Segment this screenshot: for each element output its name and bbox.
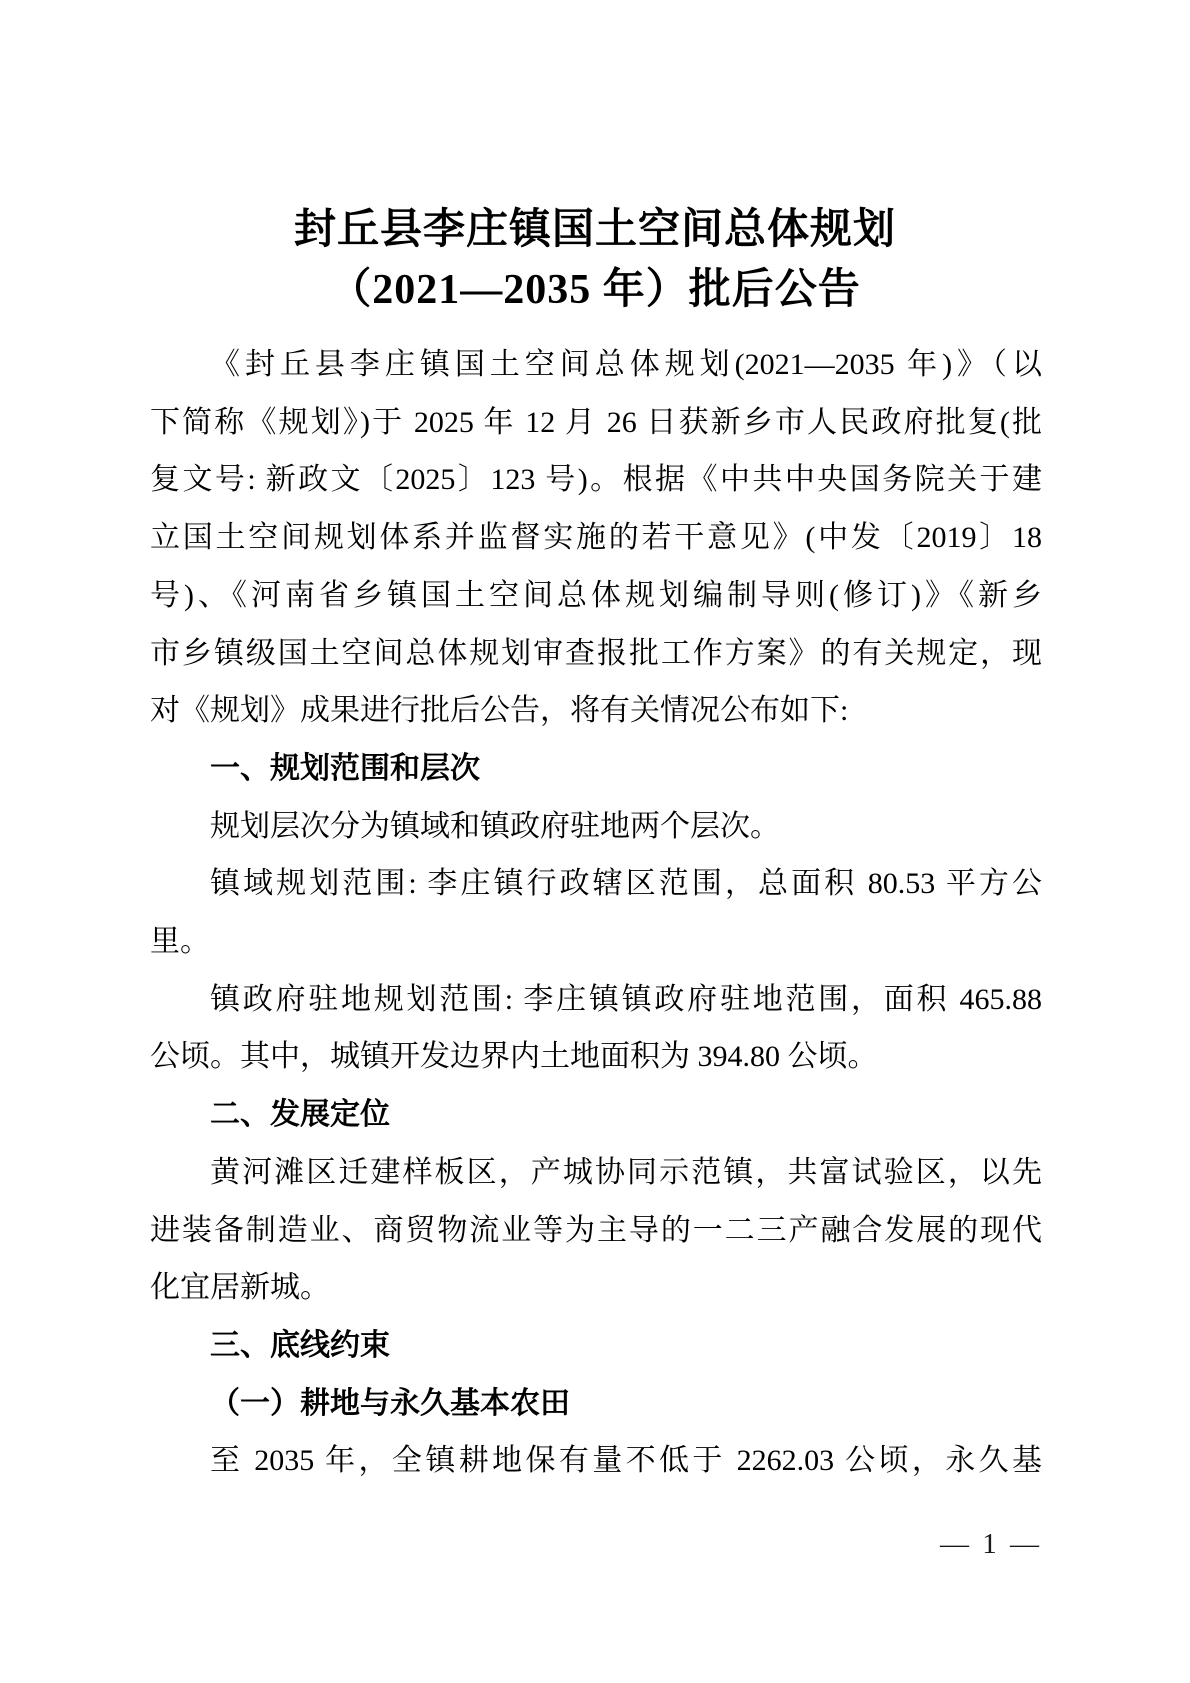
doc-line: 公顷。其中，城镇开发边界内土地面积为 394.80 公顷。 — [150, 1028, 1042, 1086]
section-heading: 一、规划范围和层次 — [150, 740, 1042, 798]
doc-line: 黄河滩区迁建样板区，产城协同示范镇，共富试验区，以先 — [150, 1144, 1042, 1202]
doc-line: 复文号: 新政文〔2025〕123 号)。根据《中共中央国务院关于建 — [150, 451, 1042, 509]
doc-line: 化宜居新城。 — [150, 1259, 1042, 1317]
doc-line: 市乡镇级国土空间总体规划审查报批工作方案》的有关规定，现 — [150, 625, 1042, 683]
doc-line: 对《规划》成果进行批后公告，将有关情况公布如下: — [150, 682, 1042, 740]
section-heading: 二、发展定位 — [150, 1086, 1042, 1144]
doc-line: 下简称《规划》)于 2025 年 12 月 26 日获新乡市人民政府批复(批 — [150, 394, 1042, 452]
doc-line: 镇政府驻地规划范围: 李庄镇镇政府驻地范围，面积 465.88 — [150, 971, 1042, 1029]
document-title-line1: 封丘县李庄镇国土空间总体规划 — [0, 200, 1190, 260]
doc-line: 立国土空间规划体系并监督实施的若干意见》(中发〔2019〕18 — [150, 509, 1042, 567]
section-heading: 三、底线约束 — [150, 1317, 1042, 1375]
doc-line: 镇域规划范围: 李庄镇行政辖区范围，总面积 80.53 平方公 — [150, 855, 1042, 913]
document-title-line2: （2021—2035 年）批后公告 — [0, 260, 1190, 320]
doc-line: 《封丘县李庄镇国土空间总体规划(2021—2035 年)》（以 — [150, 336, 1042, 394]
document-title: 封丘县李庄镇国土空间总体规划 （2021—2035 年）批后公告 — [0, 0, 1190, 320]
page-number: — 1 — — [940, 1528, 1042, 1561]
document-body: 《封丘县李庄镇国土空间总体规划(2021—2035 年)》（以 下简称《规划》)… — [150, 336, 1042, 1490]
doc-line: 规划层次分为镇域和镇政府驻地两个层次。 — [150, 798, 1042, 856]
doc-line: 至 2035 年，全镇耕地保有量不低于 2262.03 公顷，永久基 — [150, 1432, 1042, 1490]
doc-line: 进装备制造业、商贸物流业等为主导的一二三产融合发展的现代 — [150, 1202, 1042, 1260]
document-page: 封丘县李庄镇国土空间总体规划 （2021—2035 年）批后公告 《封丘县李庄镇… — [0, 0, 1190, 1683]
sub-heading: （一）耕地与永久基本农田 — [150, 1375, 1042, 1433]
doc-line: 里。 — [150, 913, 1042, 971]
doc-line: 号)、《河南省乡镇国土空间总体规划编制导则(修订)》《新乡 — [150, 567, 1042, 625]
